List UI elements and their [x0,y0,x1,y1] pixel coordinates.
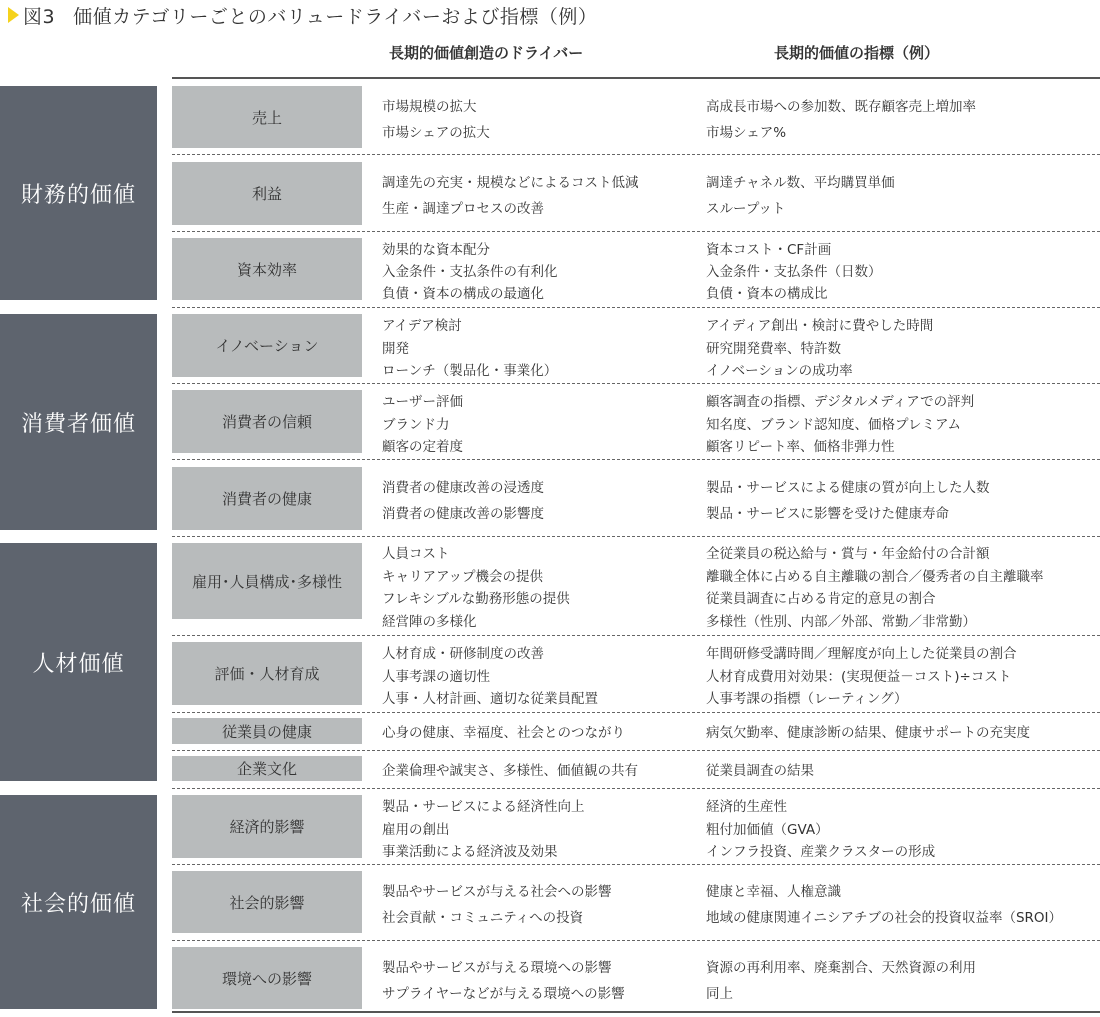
driver-item: サプライヤーなどが与える環境への影響 [382,982,700,1002]
row-divider [172,536,1100,537]
driver-item: キャリアアップ機会の提供 [382,565,700,585]
row-divider [172,154,1100,155]
driver-item: 市場規模の拡大 [382,95,700,115]
indicator-item: 病気欠勤率、健康診断の結果、健康サポートの充実度 [706,721,1100,741]
drivers-corporate-culture: 企業倫理や誠実さ、多様性、価値観の共有 [382,756,700,782]
driver-item: 製品・サービスによる経済性向上 [382,795,700,815]
row-divider [172,231,1100,232]
drivers-social-impact: 製品やサービスが与える社会への影響 社会貢献・コミュニティへの投資 [382,875,700,931]
indicator-item: アイディア創出・検討に費やした時間 [706,314,1100,334]
drivers-employee-health: 心身の健康、幸福度、社会とのつながり [382,718,700,744]
driver-item: 製品やサービスが与える社会への影響 [382,880,700,900]
drivers-consumer-health: 消費者の健康改善の浸透度 消費者の健康改善の影響度 [382,471,700,527]
column-header-indicators: 長期的価値の指標（例） [774,42,939,63]
indicator-item: 製品・サービスによる健康の質が向上した人数 [706,476,1100,496]
subcategory-corporate-culture: 企業文化 [172,756,362,781]
driver-item: 社会貢献・コミュニティへの投資 [382,906,700,926]
driver-item: 雇用の創出 [382,818,700,838]
indicators-social-impact: 健康と幸福、人権意識 地域の健康関連イニシアチブの社会的投資収益率（SROI） [706,875,1100,931]
row-divider [172,864,1100,865]
indicators-evaluation-development: 年間研修受講時間／理解度が向上した従業員の割合 人材育成費用対効果：(実現便益－… [706,640,1100,709]
indicator-item: 資本コスト・CF計画 [706,238,1100,258]
subcategory-environmental-impact: 環境への影響 [172,947,362,1009]
drivers-evaluation-development: 人材育成・研修制度の改善 人事考課の適切性 人事・人材計画、適切な従業員配置 [382,640,700,709]
driver-item: 開発 [382,337,700,357]
drivers-profit: 調達先の充実・規模などによるコスト低減 生産・調達プロセスの改善 [382,166,700,222]
subcategory-capital-efficiency: 資本効率 [172,238,362,300]
indicator-item: 離職全体に占める自主離職の割合／優秀者の自主離職率 [706,565,1100,585]
indicators-economic-impact: 経済的生産性 粗付加価値（GVA） インフラ投資、産業クラスターの形成 [706,793,1100,862]
driver-item: 消費者の健康改善の浸透度 [382,476,700,496]
indicator-item: 経済的生産性 [706,795,1100,815]
driver-item: 企業倫理や誠実さ、多様性、価値観の共有 [382,759,700,779]
top-rule [172,77,1100,79]
subcategory-evaluation-development: 評価・人材育成 [172,642,362,705]
subcategory-consumer-health: 消費者の健康 [172,467,362,530]
drivers-economic-impact: 製品・サービスによる経済性向上 雇用の創出 事業活動による経済波及効果 [382,793,700,862]
indicator-item: 年間研修受講時間／理解度が向上した従業員の割合 [706,642,1100,662]
driver-item: 心身の健康、幸福度、社会とのつながり [382,721,700,741]
row-divider [172,383,1100,384]
indicator-item: 研究開発費率、特許数 [706,337,1100,357]
indicator-item: 負債・資本の構成比 [706,282,1100,302]
driver-item: ユーザー評価 [382,390,700,410]
driver-item: ローンチ（製品化・事業化） [382,359,700,379]
subcategory-consumer-trust: 消費者の信頼 [172,390,362,453]
category-social: 社会的価値 [0,795,157,1009]
figure-label: 図3 [23,2,55,29]
indicators-employee-health: 病気欠勤率、健康診断の結果、健康サポートの充実度 [706,718,1100,744]
indicator-item: 人材育成費用対効果：(実現便益－コスト)÷コスト [706,665,1100,685]
driver-item: 負債・資本の構成の最適化 [382,282,700,302]
row-divider [172,712,1100,713]
drivers-innovation: アイデア検討 開発 ローンチ（製品化・事業化） [382,312,700,381]
row-divider [172,788,1100,789]
column-header-drivers: 長期的価値創造のドライバー [389,42,583,63]
indicator-item: 人事考課の指標（レーティング） [706,687,1100,707]
indicator-item: 顧客調査の指標、デジタルメディアでの評判 [706,390,1100,410]
figure-title-text: 価値カテゴリーごとのバリュードライバーおよび指標（例） [73,2,597,29]
indicators-innovation: アイディア創出・検討に費やした時間 研究開発費率、特許数 イノベーションの成功率 [706,312,1100,381]
indicator-item: 多様性（性別、内部／外部、常勤／非常勤） [706,610,1100,630]
indicator-item: 製品・サービスに影響を受けた健康寿命 [706,502,1100,522]
driver-item: 人事考課の適切性 [382,665,700,685]
indicators-consumer-health: 製品・サービスによる健康の質が向上した人数 製品・サービスに影響を受けた健康寿命 [706,471,1100,527]
row-divider [172,307,1100,308]
indicators-sales: 高成長市場への参加数、既存顧客売上増加率 市場シェア% [706,90,1100,146]
category-consumer: 消費者価値 [0,314,157,530]
driver-item: アイデア検討 [382,314,700,334]
indicator-item: スループット [706,197,1100,217]
indicator-item: 顧客リピート率、価格非弾力性 [706,435,1100,455]
indicator-item: 知名度、ブランド認知度、価格プレミアム [706,413,1100,433]
indicator-item: 調達チャネル数、平均購買単価 [706,171,1100,191]
drivers-sales: 市場規模の拡大 市場シェアの拡大 [382,90,700,146]
indicator-item: イノベーションの成功率 [706,359,1100,379]
indicators-employment-diversity: 全従業員の税込給与・賞与・年金給付の合計額 離職全体に占める自主離職の割合／優秀… [706,540,1100,632]
indicators-profit: 調達チャネル数、平均購買単価 スループット [706,166,1100,222]
driver-item: 生産・調達プロセスの改善 [382,197,700,217]
row-divider [172,459,1100,460]
driver-item: 調達先の充実・規模などによるコスト低減 [382,171,700,191]
subcategory-employee-health: 従業員の健康 [172,718,362,744]
subcategory-profit: 利益 [172,162,362,225]
drivers-employment-diversity: 人員コスト キャリアアップ機会の提供 フレキシブルな勤務形態の提供 経営陣の多様… [382,540,700,632]
indicators-environmental-impact: 資源の再利用率、廃棄割合、天然資源の利用 同上 [706,951,1100,1007]
subcategory-employment-diversity: 雇用･人員構成･多様性 [172,543,362,619]
subcategory-innovation: イノベーション [172,314,362,377]
indicators-consumer-trust: 顧客調査の指標、デジタルメディアでの評判 知名度、ブランド認知度、価格プレミアム… [706,388,1100,457]
indicator-item: 資源の再利用率、廃棄割合、天然資源の利用 [706,956,1100,976]
driver-item: 市場シェアの拡大 [382,121,700,141]
row-divider [172,750,1100,751]
indicator-item: インフラ投資、産業クラスターの形成 [706,840,1100,860]
subcategory-economic-impact: 経済的影響 [172,795,362,858]
subcategory-social-impact: 社会的影響 [172,871,362,933]
indicator-item: 市場シェア% [706,121,1100,141]
subcategory-sales: 売上 [172,86,362,148]
driver-item: 事業活動による経済波及効果 [382,840,700,860]
category-human: 人材価値 [0,543,157,781]
drivers-consumer-trust: ユーザー評価 ブランド力 顧客の定着度 [382,388,700,457]
indicator-item: 健康と幸福、人権意識 [706,880,1100,900]
indicator-item: 全従業員の税込給与・賞与・年金給付の合計額 [706,542,1100,562]
indicator-item: 高成長市場への参加数、既存顧客売上増加率 [706,95,1100,115]
driver-item: 製品やサービスが与える環境への影響 [382,956,700,976]
driver-item: 入金条件・支払条件の有利化 [382,260,700,280]
driver-item: 消費者の健康改善の影響度 [382,502,700,522]
driver-item: 顧客の定着度 [382,435,700,455]
drivers-capital-efficiency: 効果的な資本配分 入金条件・支払条件の有利化 負債・資本の構成の最適化 [382,236,700,304]
bottom-rule [172,1011,1100,1013]
indicator-item: 同上 [706,982,1100,1002]
indicators-corporate-culture: 従業員調査の結果 [706,756,1100,782]
figure-title: 図3 価値カテゴリーごとのバリュードライバーおよび指標（例） [8,2,597,28]
triangle-marker-icon [8,7,19,23]
driver-item: 人事・人材計画、適切な従業員配置 [382,687,700,707]
indicator-item: 従業員調査に占める肯定的意見の割合 [706,587,1100,607]
category-financial: 財務的価値 [0,86,157,300]
driver-item: フレキシブルな勤務形態の提供 [382,587,700,607]
driver-item: 人材育成・研修制度の改善 [382,642,700,662]
driver-item: 人員コスト [382,542,700,562]
row-divider [172,635,1100,636]
indicator-item: 入金条件・支払条件（日数） [706,260,1100,280]
drivers-environmental-impact: 製品やサービスが与える環境への影響 サプライヤーなどが与える環境への影響 [382,951,700,1007]
indicator-item: 従業員調査の結果 [706,759,1100,779]
indicator-item: 粗付加価値（GVA） [706,818,1100,838]
row-divider [172,940,1100,941]
driver-item: 効果的な資本配分 [382,238,700,258]
indicators-capital-efficiency: 資本コスト・CF計画 入金条件・支払条件（日数） 負債・資本の構成比 [706,236,1100,304]
driver-item: 経営陣の多様化 [382,610,700,630]
indicator-item: 地域の健康関連イニシアチブの社会的投資収益率（SROI） [706,906,1100,926]
driver-item: ブランド力 [382,413,700,433]
